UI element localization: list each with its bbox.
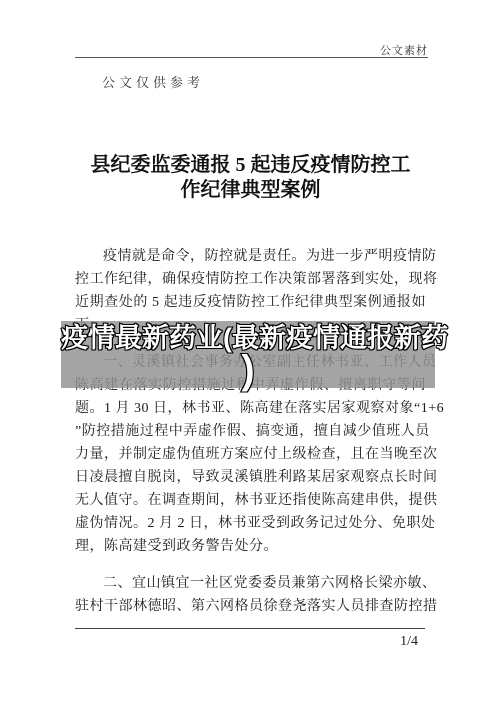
body-line: 近期查处的 5 起违反疫情防控工作纪律典型案例通报如 <box>75 291 426 314</box>
body-line: 理，陈高建受到政务警告处分。 <box>75 535 426 558</box>
document-title-line-2: 作纪律典型案例 <box>74 178 427 203</box>
body-line: 驻村干部林德昭、第六网格员徐登尧落实人员排查防控措 <box>75 595 426 618</box>
body-line: 题。1 月 30 日，林书亚、陈高建在落实居家观察对象“1+6 <box>75 397 426 420</box>
document-body: 疫情就是命令，防控就是责任。为进一步严明疫情防 控工作纪律，确保疫情防控工作决策… <box>75 245 426 618</box>
overlay-watermark-banner: 疫情最新药业(最新疫情通报新药 ) <box>61 321 435 388</box>
body-line: 力量，并制定虚伪值班方案应付上级检查，且在当晚至次 <box>75 443 426 466</box>
page-number: 1/4 <box>75 634 418 650</box>
body-line: ”防控措施过程中弄虚作假、搞变通，擅自减少值班人员 <box>75 420 426 443</box>
watermark-top-right: 公文素材 <box>75 42 428 58</box>
body-line: 疫情就是命令，防控就是责任。为进一步严明疫情防 <box>75 245 426 268</box>
header-note: 公文仅供参考 <box>102 72 204 91</box>
document-title: 县纪委监委通报 5 起违反疫情防控工 作纪律典型案例 <box>74 153 427 203</box>
document-page: 公文素材 公文仅供参考 县纪委监委通报 5 起违反疫情防控工 作纪律典型案例 疫… <box>0 0 500 707</box>
overlay-banner-text-line-2: ) <box>61 355 435 385</box>
paragraph: 二、宜山镇宜一社区党委委员兼第六网格长梁亦敏、 驻村干部林德昭、第六网格员徐登尧… <box>75 572 426 618</box>
header-divider <box>75 57 428 58</box>
document-title-line-1: 县纪委监委通报 5 起违反疫情防控工 <box>74 153 427 178</box>
body-line: 无人值守。在调查期间，林书亚还指使陈高建串供，提供 <box>75 489 426 512</box>
body-line: 二、宜山镇宜一社区党委委员兼第六网格长梁亦敏、 <box>75 572 426 595</box>
footer-divider <box>75 628 425 629</box>
body-line: 日凌晨擅自脱岗，导致灵溪镇胜利路某居家观察点长时间 <box>75 466 426 489</box>
body-line: 控工作纪律，确保疫情防控工作决策部署落到实处，现将 <box>75 268 426 291</box>
body-line: 虚伪情况。2 月 2 日，林书亚受到政务记过处分、免职处 <box>75 512 426 535</box>
